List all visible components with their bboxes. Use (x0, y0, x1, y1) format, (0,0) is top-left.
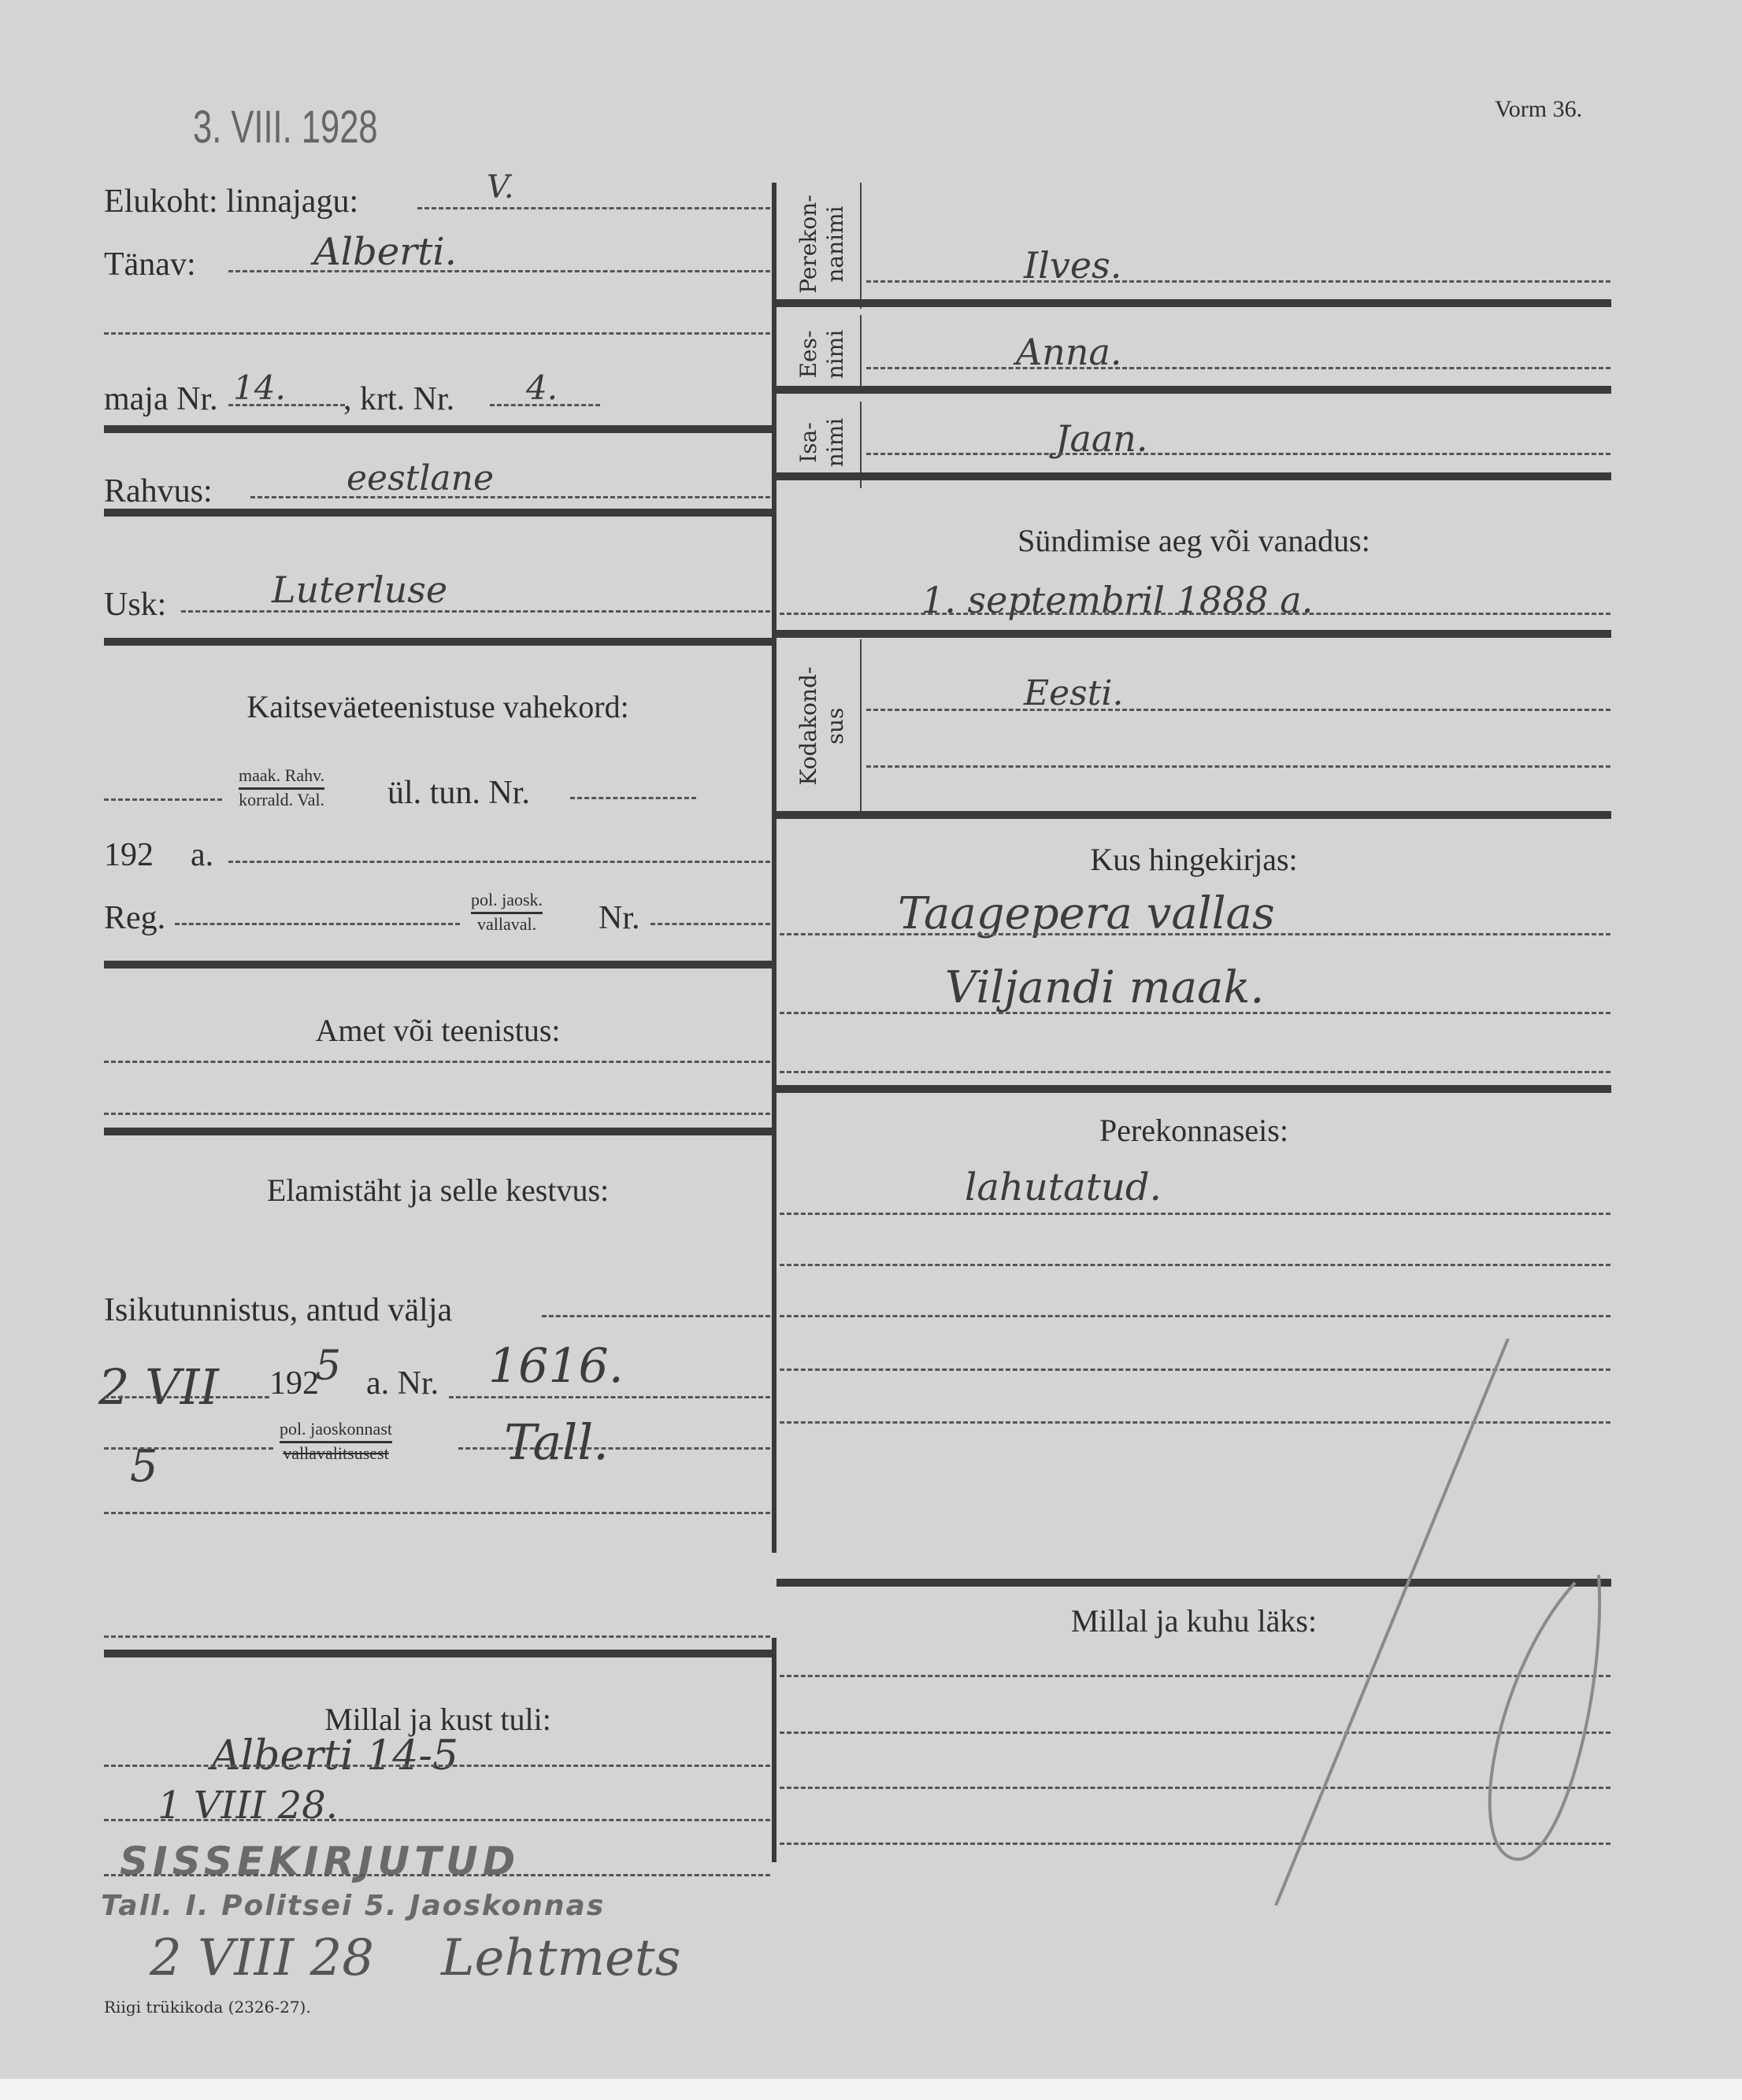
reg-line (175, 923, 460, 925)
divider (104, 638, 772, 646)
perekonnaseis-line-1 (780, 1213, 1610, 1215)
ul-tun-nr-label: ül. tun. Nr. (387, 774, 530, 812)
tuli-line1: Alberti 14-5 (211, 1732, 458, 1780)
isikut-line (542, 1315, 770, 1317)
perekonnaseis-heading: Perekonnaseis: (776, 1112, 1611, 1149)
hingekiri-line-c (780, 1071, 1610, 1073)
form-number: Vorm 36. (1495, 96, 1582, 123)
elamistaht-heading: Elamistäht ja selle kestvus: (104, 1172, 772, 1209)
rahvus-line (250, 496, 770, 498)
kodakondsus-value: Eesti. (1024, 673, 1123, 713)
year-prefix: 192 (104, 836, 154, 874)
label-col-divider (860, 639, 862, 811)
divider (104, 509, 772, 517)
kodakondsus-label: Kodakond- sus (795, 647, 849, 805)
sissekirjutud-stamp: SISSEKIRJUTUD (120, 1839, 520, 1884)
amet-line-1 (104, 1061, 770, 1063)
year-line (228, 861, 770, 863)
kodakondsus-line-2 (866, 765, 1610, 768)
tuli-line-1 (104, 1765, 770, 1767)
divider (776, 630, 1611, 638)
amet-heading: Amet või teenistus: (104, 1012, 772, 1049)
tuli-line-2 (104, 1819, 770, 1821)
label-line: nimi (822, 403, 849, 482)
signature: Lehtmets (441, 1929, 680, 1987)
divider (776, 811, 1611, 819)
reg-label: Reg. (104, 899, 165, 937)
fraction-bottom: vallaval. (471, 914, 543, 935)
reg-nr-line (650, 923, 770, 925)
divider (776, 1085, 1611, 1093)
divider (104, 1128, 772, 1135)
elukoht-line (417, 207, 770, 209)
perekonnaseis-line-2 (780, 1264, 1610, 1266)
hingekiri-heading: Kus hingekirjas: (776, 841, 1611, 878)
tanav-value: Alberti. (313, 230, 457, 274)
hingekiri-line-a (780, 933, 1610, 935)
elukoht-value: V. (487, 169, 514, 206)
label-line: Ees- (795, 315, 822, 394)
usk-value: Luterluse (272, 569, 447, 611)
tuli-line-3 (104, 1874, 770, 1876)
amet-line-2 (104, 1113, 770, 1115)
label-line: nimi (822, 315, 849, 394)
usk-label: Usk: (104, 586, 166, 624)
scan-margin (0, 2079, 1742, 2100)
rahvus-label: Rahvus: (104, 472, 213, 510)
label-line: sus (822, 647, 849, 805)
isikut-date: 2 VII (98, 1358, 219, 1416)
krt-label: , krt. Nr. (343, 380, 454, 418)
rahvus-value: eestlane (347, 458, 494, 498)
fraction-bottom: korrald. Val. (239, 790, 324, 810)
hingekiri-line1: Taagepera vallas (898, 888, 1275, 939)
isikut-city: Tall. (504, 1413, 609, 1471)
divider (776, 299, 1611, 307)
eesnimi-line (866, 367, 1610, 369)
elukoht-label: Elukoht: linnajagu: (104, 183, 358, 220)
label-line: Kodakond- (795, 647, 822, 805)
label-line: nanimi (822, 181, 849, 307)
center-divider-lower (772, 1638, 776, 1862)
kaitse-line-b (570, 797, 696, 799)
year-suffix: a. (191, 836, 213, 874)
label-col-divider (860, 183, 862, 309)
usk-line (181, 610, 770, 613)
reg-fraction: pol. jaosk. vallaval. (471, 890, 543, 935)
divider (104, 1650, 772, 1657)
date-stamp: 3. VIII. 1928 (193, 101, 378, 154)
isikut-date-line (104, 1396, 269, 1398)
kaitse-heading: Kaitseväeteenistuse vahekord: (104, 688, 772, 725)
isikutunnistus-label: Isikutunnistus, antud välja (104, 1291, 452, 1329)
kodakondsus-line-1 (866, 709, 1610, 711)
isikut-a-nr: a. Nr. (366, 1365, 439, 1402)
kaitse-line-a (104, 798, 222, 801)
label-line: Perekon- (795, 181, 822, 307)
divider (104, 425, 772, 433)
krt-value: 4. (526, 369, 558, 407)
police-stamp: Tall. I. Politsei 5. Jaoskonnas (101, 1890, 605, 1922)
printer-line: Riigi trükikoda (2326-27). (104, 1998, 311, 2017)
hingekiri-line2: Viljandi maak. (945, 962, 1264, 1013)
isikut-nr-value: 1616. (488, 1339, 624, 1394)
fraction-top: pol. jaosk. (471, 890, 543, 914)
address-extra-line (104, 332, 770, 335)
sundimise-line (780, 613, 1610, 615)
label-line: Isa- (795, 403, 822, 482)
isikut-nr-line (449, 1396, 770, 1398)
isikut-district-line (104, 1447, 273, 1450)
divider (776, 386, 1611, 394)
perekonnanimi-label: Perekon- nanimi (795, 181, 849, 307)
divider (776, 472, 1611, 480)
sundimise-heading: Sündimise aeg või vanadus: (776, 522, 1611, 559)
hingekiri-line-b (780, 1012, 1610, 1014)
isikut-fraction: pol. jaoskonnast vallavalitsusest (280, 1419, 392, 1464)
maja-value: 14. (233, 369, 286, 407)
fraction-bottom: vallavalitsusest (280, 1443, 392, 1464)
fraction-top: pol. jaoskonnast (280, 1419, 392, 1443)
isikut-year-hand: 5 (315, 1343, 341, 1390)
elamistaht-line (104, 1512, 770, 1514)
perekonnaseis-line-3 (780, 1315, 1610, 1317)
sign-date: 2 VIII 28 (150, 1929, 374, 1987)
perekonnanimi-line (866, 280, 1610, 283)
tanav-label: Tänav: (104, 246, 196, 283)
pencil-mark-10 (992, 1339, 1622, 1906)
isanimi-label: Isa- nimi (795, 403, 849, 482)
maja-label: maja Nr. (104, 380, 218, 418)
isikut-year-prefix: 192 (269, 1365, 319, 1402)
isanimi-line (866, 453, 1610, 455)
kaitse-fraction: maak. Rahv. korrald. Val. (239, 765, 324, 810)
reg-nr-label: Nr. (599, 899, 640, 937)
elamistaht-line-2 (104, 1635, 770, 1638)
divider (104, 961, 772, 969)
fraction-top: maak. Rahv. (239, 765, 324, 790)
label-col-divider (860, 315, 862, 394)
perekonnaseis-value: lahutatud. (965, 1165, 1162, 1209)
eesnimi-label: Ees- nimi (795, 315, 849, 394)
tanav-line (228, 270, 770, 272)
